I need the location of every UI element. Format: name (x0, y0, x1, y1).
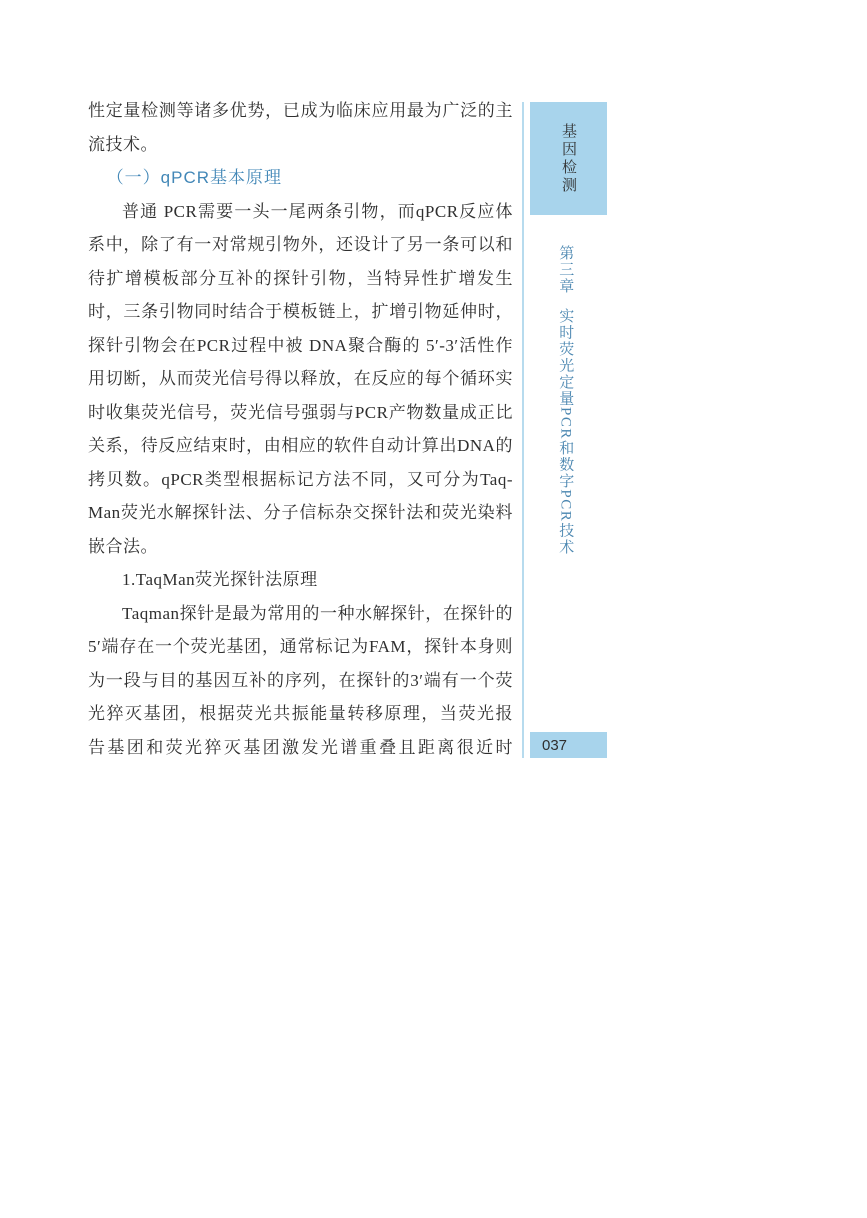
text-line: 关系，待反应结束时，由相应的软件自动计算出DNA的 (88, 429, 513, 463)
text-line: 为一段与目的基因互补的序列，在探针的3′端有一个荧 (88, 664, 513, 698)
text-line: 性定量检测等诸多优势，已成为临床应用最为广泛的主 (88, 94, 513, 128)
text-line: 系中，除了有一对常规引物外，还设计了另一条可以和 (88, 228, 513, 262)
sidebar-rule (522, 102, 524, 758)
sidebar-tab-label: 基因检测 (561, 123, 576, 195)
chapter-number: 第三章 (557, 245, 574, 295)
text-line: Taqman探针是最为常用的一种水解探针，在探针的 (88, 597, 513, 631)
chapter-title-vertical: 第三章 实时荧光定量PCR和数字PCR技术 (547, 245, 583, 555)
main-text-column: 性定量检测等诸多优势，已成为临床应用最为广泛的主 流技术。 （一）qPCR基本原… (88, 94, 513, 764)
text-line: 普通 PCR需要一头一尾两条引物，而qPCR反应体 (88, 195, 513, 229)
chapter-title: 实时荧光定量PCR和数字PCR技术 (557, 308, 574, 555)
text-line: 探针引物会在PCR过程中被 DNA聚合酶的 5′-3′活性作 (88, 329, 513, 363)
page-number-badge: 037 (530, 732, 607, 758)
text-line: Man荧光水解探针法、分子信标杂交探针法和荧光染料 (88, 496, 513, 530)
text-line: 用切断，从而荧光信号得以释放，在反应的每个循环实 (88, 362, 513, 396)
text-line: 光猝灭基团，根据荧光共振能量转移原理，当荧光报 (88, 697, 513, 731)
text-line: 时，三条引物同时结合于模板链上，扩增引物延伸时， (88, 295, 513, 329)
text-line: 嵌合法。 (88, 530, 513, 564)
text-line: 5′端存在一个荧光基团，通常标记为FAM，探针本身则 (88, 630, 513, 664)
subsection-heading: 1.TaqMan荧光探针法原理 (88, 563, 513, 597)
book-page: 性定量检测等诸多优势，已成为临床应用最为广泛的主 流技术。 （一）qPCR基本原… (0, 0, 867, 1218)
text-line: 告基团和荧光猝灭基团激发光谱重叠且距离很近时 (88, 731, 513, 765)
page-number: 037 (542, 737, 567, 754)
text-line: 待扩增模板部分互补的探针引物，当特异性扩增发生 (88, 262, 513, 296)
text-line: 时收集荧光信号，荧光信号强弱与PCR产物数量成正比 (88, 396, 513, 430)
sidebar-tab: 基因检测 (530, 102, 607, 215)
text-line: 拷贝数。qPCR类型根据标记方法不同，又可分为Taq- (88, 463, 513, 497)
section-heading: （一）qPCR基本原理 (88, 161, 513, 195)
text-line: 流技术。 (88, 128, 513, 162)
